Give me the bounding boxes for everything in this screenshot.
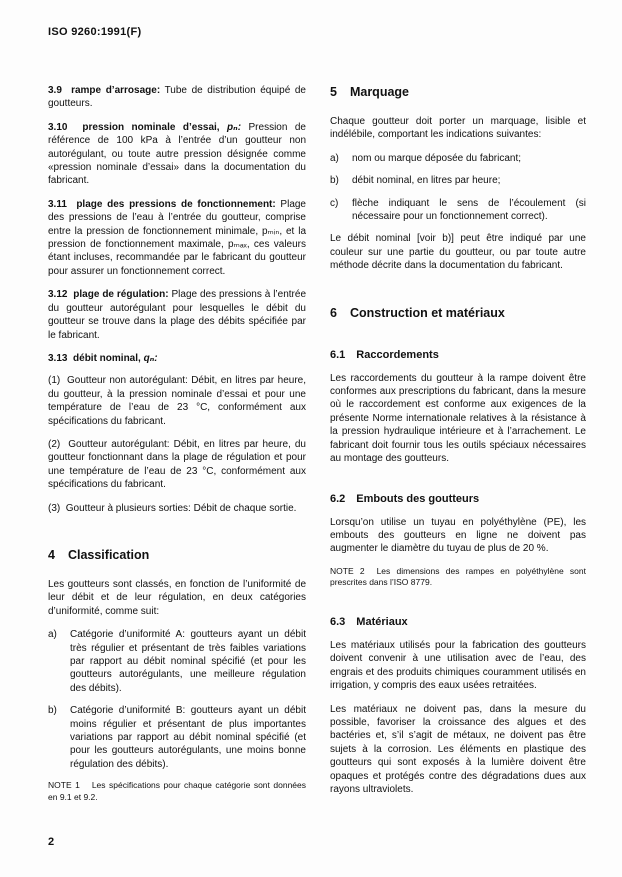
section-4-heading: 4Classification	[48, 547, 306, 564]
list-item-text: Catégorie d’uniformité B: goutteurs ayan…	[70, 704, 306, 771]
section-5-heading: 5Marquage	[330, 84, 586, 101]
note-label: NOTE 1	[48, 780, 80, 790]
note-2: NOTE 2Les dimensions des rampes en polyé…	[330, 566, 586, 589]
section-title: Embouts des goutteurs	[356, 493, 479, 505]
doc-reference: ISO 9260:1991(F)	[48, 26, 141, 38]
list-marker: a)	[330, 152, 352, 165]
definition-3-11: 3.11 plage des pressions de fonctionneme…	[48, 198, 306, 278]
definition-term: 3.12 plage de régulation:	[48, 289, 169, 300]
pressure-symbol: pₙ:	[220, 122, 241, 133]
list-marker: b)	[48, 704, 70, 771]
note-text: Les spécifications pour chaque catégorie…	[48, 780, 306, 802]
definition-3-10: 3.10 pression nominale d’essai, pₙ: Pres…	[48, 121, 306, 188]
list-marker: c)	[330, 197, 352, 224]
list-item-c: c) flèche indiquant le sens de l’écoulem…	[330, 197, 586, 224]
list-item-a: a) nom ou marque déposée du fabricant;	[330, 152, 586, 165]
left-column: 3.9 rampe d’arrosage: Tube de distributi…	[48, 84, 306, 813]
flow-symbol: qₙ:	[141, 353, 158, 364]
definition-term: 3.11 plage des pressions de fonctionneme…	[48, 199, 276, 210]
section-4-intro: Les goutteurs sont classés, en fonction …	[48, 578, 306, 618]
section-6-2-heading: 6.2Embouts des goutteurs	[330, 492, 586, 506]
section-6-heading: 6Construction et matériaux	[330, 305, 586, 322]
list-item-text: Catégorie d’uniformité A: goutteurs ayan…	[70, 628, 306, 695]
section-number: 4	[48, 547, 55, 564]
section-6-3-heading: 6.3Matériaux	[330, 615, 586, 629]
section-number: 6.1	[330, 348, 345, 362]
definition-3-9: 3.9 rampe d’arrosage: Tube de distributi…	[48, 84, 306, 111]
list-item-text: nom ou marque déposée du fabricant;	[352, 152, 586, 165]
section-6-3-paragraph-2: Les matériaux ne doivent pas, dans la me…	[330, 703, 586, 797]
definition-term: 3.13 débit nominal,	[48, 353, 141, 364]
right-column: 5Marquage Chaque goutteur doit porter un…	[330, 84, 586, 806]
section-6-1-heading: 6.1Raccordements	[330, 348, 586, 362]
section-number: 5	[330, 84, 337, 101]
section-number: 6	[330, 305, 337, 322]
list-item-text: flèche indiquant le sens de l’écoulement…	[352, 197, 586, 224]
note-label: NOTE 2	[330, 566, 365, 576]
definition-body: Plage des pressions de l’eau à l’entrée …	[48, 199, 306, 277]
note-text: Les dimensions des rampes en polyéthylèn…	[330, 566, 586, 588]
section-5-intro: Chaque goutteur doit porter un marquage,…	[330, 115, 586, 142]
section-title: Construction et matériaux	[350, 306, 505, 320]
definition-term: 3.10 pression nominale d’essai,	[48, 122, 220, 133]
section-6-1-paragraph: Les raccordements du goutteur à la rampe…	[330, 372, 586, 466]
definition-3-13-item-1: (1) Goutteur non autorégulant: Débit, en…	[48, 374, 306, 428]
section-5-paragraph: Le débit nominal [voir b)] peut être ind…	[330, 232, 586, 272]
definition-3-13-item-3: (3) Goutteur à plusieurs sorties: Débit …	[48, 502, 306, 515]
definition-term: 3.9 rampe d’arrosage:	[48, 85, 160, 96]
list-item-a: a) Catégorie d’uniformité A: goutteurs a…	[48, 628, 306, 695]
page-number: 2	[48, 836, 54, 848]
document-page: ISO 9260:1991(F) 3.9 rampe d’arrosage: T…	[0, 0, 622, 877]
definition-3-13: 3.13 débit nominal, qₙ:	[48, 352, 306, 365]
list-item-text: débit nominal, en litres par heure;	[352, 174, 586, 187]
section-title: Marquage	[350, 85, 409, 99]
section-title: Raccordements	[356, 349, 439, 361]
list-marker: a)	[48, 628, 70, 695]
section-number: 6.3	[330, 615, 345, 629]
section-title: Matériaux	[356, 616, 407, 628]
section-6-2-paragraph: Lorsqu’on utilise un tuyau en polyéthylè…	[330, 516, 586, 556]
section-title: Classification	[68, 548, 149, 562]
list-item-b: b) Catégorie d’uniformité B: goutteurs a…	[48, 704, 306, 771]
note-1: NOTE 1Les spécifications pour chaque cat…	[48, 780, 306, 803]
list-item-b: b) débit nominal, en litres par heure;	[330, 174, 586, 187]
definition-3-12: 3.12 plage de régulation: Plage des pres…	[48, 288, 306, 342]
list-marker: b)	[330, 174, 352, 187]
section-number: 6.2	[330, 492, 345, 506]
definition-3-13-item-2: (2) Goutteur autorégulant: Débit, en lit…	[48, 438, 306, 492]
section-6-3-paragraph-1: Les matériaux utilisés pour la fabricati…	[330, 639, 586, 693]
